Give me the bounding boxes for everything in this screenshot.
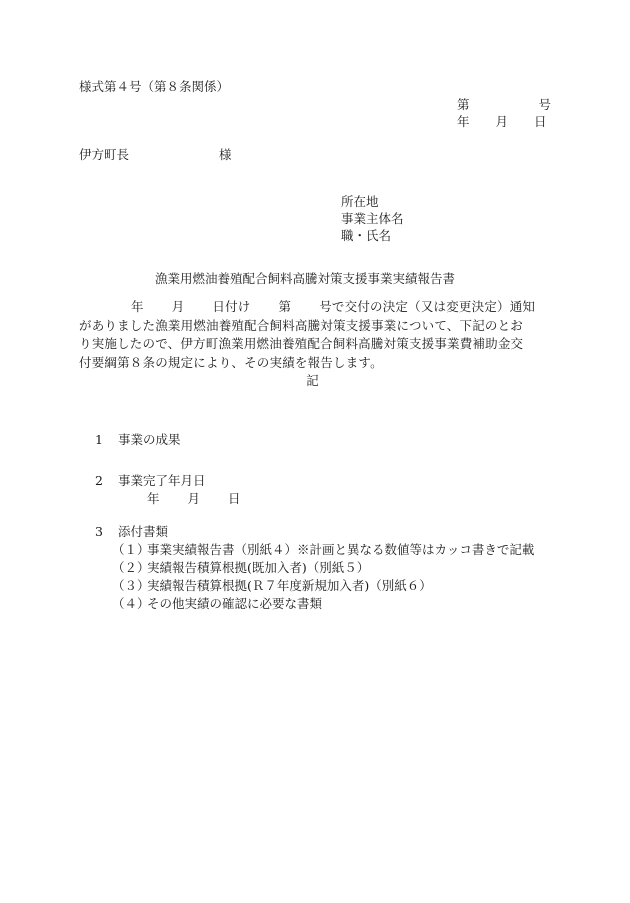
reference-block: 第 号 年 月 日 bbox=[457, 96, 551, 130]
reference-day: 日 bbox=[534, 113, 547, 130]
recipient-honorific: 様 bbox=[219, 147, 232, 162]
body-number-prefix: 第 bbox=[279, 299, 292, 314]
section-label: 事業完了年月日 bbox=[118, 473, 206, 488]
reference-date-line: 年 月 日 bbox=[457, 113, 551, 130]
form-number: 様式第４号（第８条関係） bbox=[79, 78, 229, 95]
applicant-fields: 所在地 事業主体名 職・氏名 bbox=[341, 193, 404, 244]
reference-number-blank bbox=[470, 96, 539, 113]
document-page: 様式第４号（第８条関係） 第 号 年 月 日 伊方町長様 所在地 事業主体名 職… bbox=[0, 0, 630, 903]
completion-month: 月 bbox=[188, 491, 201, 506]
reference-number-prefix: 第 bbox=[457, 96, 470, 113]
attachment-number: （４） bbox=[112, 595, 147, 612]
spacer bbox=[508, 113, 534, 130]
ki-text: 記 bbox=[306, 373, 319, 388]
reference-number-suffix: 号 bbox=[539, 96, 552, 113]
attachment-item: （２）実績報告積算根拠(既加入者)（別紙５） bbox=[112, 559, 534, 577]
body-line-1: 年月日付け第号で交付の決定（又は変更決定）通知 bbox=[79, 298, 559, 317]
completion-day: 日 bbox=[228, 491, 241, 506]
attachment-text: 実績報告積算根拠(既加入者)（別紙５） bbox=[147, 560, 369, 575]
body-day-suffix: 日付け bbox=[212, 299, 250, 314]
attachment-text: その他実績の確認に必要な書類 bbox=[147, 596, 322, 611]
attachment-number: （１） bbox=[112, 541, 147, 558]
applicant-entity-label: 事業主体名 bbox=[341, 210, 404, 227]
attachment-text: 実績報告積算根拠(Ｒ７年度新規加入者)（別紙６） bbox=[147, 578, 432, 593]
body-year: 年 bbox=[131, 299, 144, 314]
body-month: 月 bbox=[172, 299, 185, 314]
body-line-1-rest: 号で交付の決定（又は変更決定）通知 bbox=[319, 299, 535, 314]
attachment-item: （１）事業実績報告書（別紙４）※計画と異なる数値等はカッコ書きで記載 bbox=[112, 541, 534, 559]
completion-year: 年 bbox=[147, 491, 160, 506]
body-paragraph: 年月日付け第号で交付の決定（又は変更決定）通知 がありました漁業用燃油養殖配合飼… bbox=[79, 298, 559, 372]
section-2: 2事業完了年月日 bbox=[95, 472, 206, 489]
section-number: 3 bbox=[95, 523, 118, 540]
section-label: 事業の成果 bbox=[118, 432, 181, 447]
reference-year: 年 bbox=[457, 113, 470, 130]
completion-date-line: 年月日 bbox=[147, 490, 241, 507]
body-line-3: り実施したので、伊方町漁業用燃油養殖配合飼料高騰対策支援事業費補助金交 bbox=[79, 335, 559, 354]
document-title-text: 漁業用燃油養殖配合飼料高騰対策支援事業実績報告書 bbox=[155, 271, 455, 286]
document-title: 漁業用燃油養殖配合飼料高騰対策支援事業実績報告書 bbox=[0, 270, 630, 287]
reference-number-line: 第 号 bbox=[457, 96, 551, 113]
section-3: 3添付書類 bbox=[95, 523, 168, 540]
attachment-number: （２） bbox=[112, 559, 147, 576]
section-number: 1 bbox=[95, 431, 118, 448]
attachment-item: （３）実績報告積算根拠(Ｒ７年度新規加入者)（別紙６） bbox=[112, 577, 534, 595]
body-line-2: がありました漁業用燃油養殖配合飼料高騰対策支援事業について、下記のとお bbox=[79, 317, 559, 336]
recipient-line: 伊方町長様 bbox=[79, 146, 232, 163]
body-line-4: 付要綱第８条の規定により、その実績を報告します。 bbox=[79, 354, 559, 373]
recipient-name: 伊方町長 bbox=[79, 147, 129, 162]
attachment-number: （３） bbox=[112, 577, 147, 594]
spacer bbox=[470, 113, 496, 130]
applicant-name-label: 職・氏名 bbox=[341, 227, 404, 244]
section-1: 1事業の成果 bbox=[95, 431, 181, 448]
section-number: 2 bbox=[95, 472, 118, 489]
ki-heading: 記 bbox=[0, 372, 630, 389]
applicant-address-label: 所在地 bbox=[341, 193, 404, 210]
attachment-text: 事業実績報告書（別紙４）※計画と異なる数値等はカッコ書きで記載 bbox=[147, 542, 534, 557]
attachment-list: （１）事業実績報告書（別紙４）※計画と異なる数値等はカッコ書きで記載 （２）実績… bbox=[112, 541, 534, 613]
attachment-item: （４）その他実績の確認に必要な書類 bbox=[112, 595, 534, 613]
section-label: 添付書類 bbox=[118, 524, 168, 539]
reference-month: 月 bbox=[496, 113, 509, 130]
